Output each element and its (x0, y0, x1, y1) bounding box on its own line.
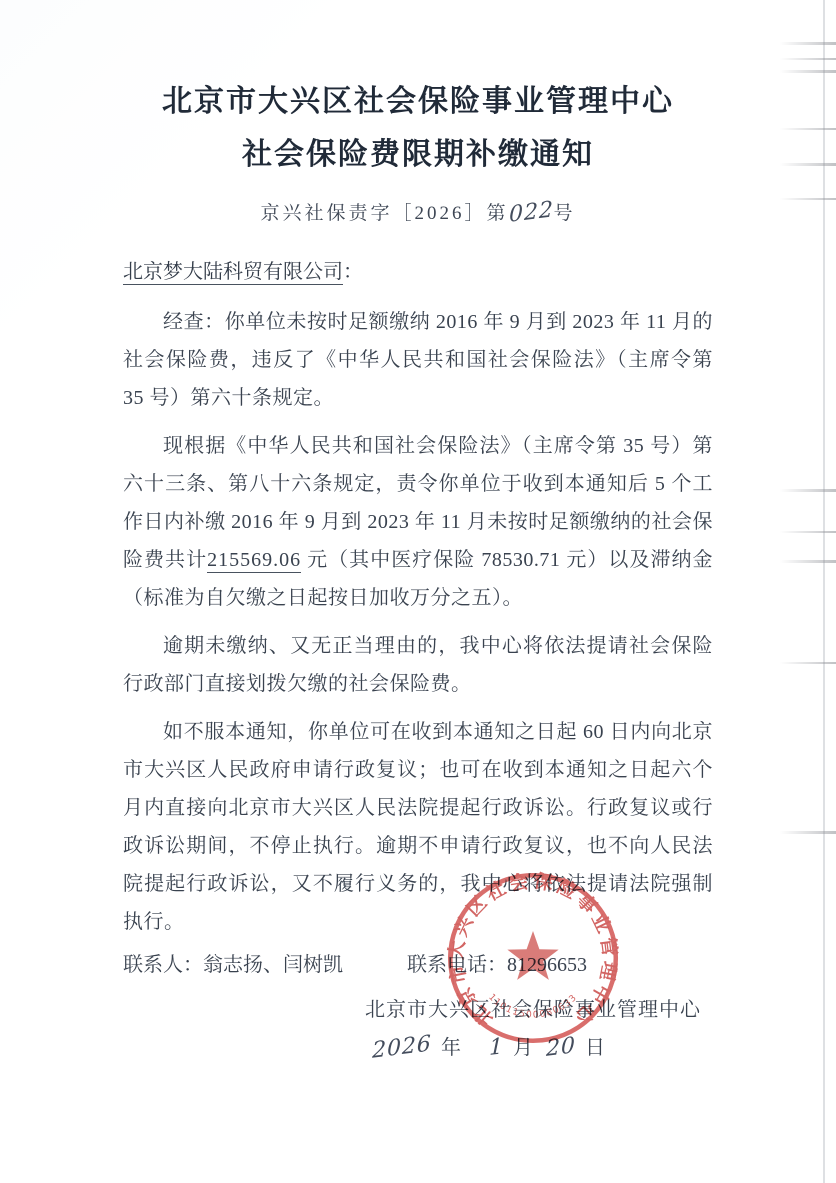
recipient-name: 北京梦大陆科贸有限公司 (123, 261, 343, 285)
paragraph-investigation: 经查：你单位未按时足额缴纳 2016 年 9 月到 2023 年 11 月的社会… (123, 303, 713, 417)
document-body: 北京市大兴区社会保险事业管理中心 社会保险费限期补缴通知 京兴社保责字［2026… (0, 0, 836, 1063)
paragraph-demand: 现根据《中华人民共和国社会保险法》（主席令第 35 号）第六十三条、第八十六条规… (123, 427, 713, 617)
contact-line: 联系人：翁志扬、闫树凯联系电话：81296653 (123, 951, 713, 979)
org-title: 北京市大兴区社会保险事业管理中心 (123, 84, 713, 120)
recipient-colon: ： (343, 261, 363, 283)
date-year-handwritten: 2026 (372, 1029, 432, 1067)
paragraph-enforcement: 逾期未缴纳、又无正当理由的，我中心将依法提请社会保险行政部门直接划拨欠缴的社会保… (123, 627, 713, 703)
recipient-line: 北京梦大陆科贸有限公司： (123, 258, 713, 286)
official-seal: 北京市大兴区社会保险事业管理中心 11011500080633 (443, 868, 623, 1048)
paragraph-appeal-rights: 如不服本通知，你单位可在收到本通知之日起 60 日内向北京市大兴区人民政府申请行… (123, 713, 713, 941)
seal-number: 11011500080633 (486, 993, 580, 1021)
notice-title: 社会保险费限期补缴通知 (123, 137, 713, 173)
total-amount: 215569.06 (207, 549, 301, 573)
seal-star-icon (507, 931, 558, 980)
contact-persons: 翁志扬、闫树凯 (203, 954, 343, 976)
issue-date-line: 2026 年 1 月 20 日 (123, 1033, 713, 1063)
ref-suffix: 号 (554, 203, 576, 224)
issuer-signature: 北京市大兴区社会保险事业管理中心 (123, 996, 713, 1024)
scanned-notice-page: 北京市大兴区社会保险事业管理中心 社会保险费限期补缴通知 京兴社保责字［2026… (0, 0, 836, 1183)
ref-prefix: 京兴社保责字［2026］第 (260, 203, 508, 224)
contact-person-label: 联系人： (123, 954, 203, 976)
ref-number-handwritten: 022 (508, 197, 553, 229)
ref-number-line: 京兴社保责字［2026］第022号 (123, 200, 713, 227)
